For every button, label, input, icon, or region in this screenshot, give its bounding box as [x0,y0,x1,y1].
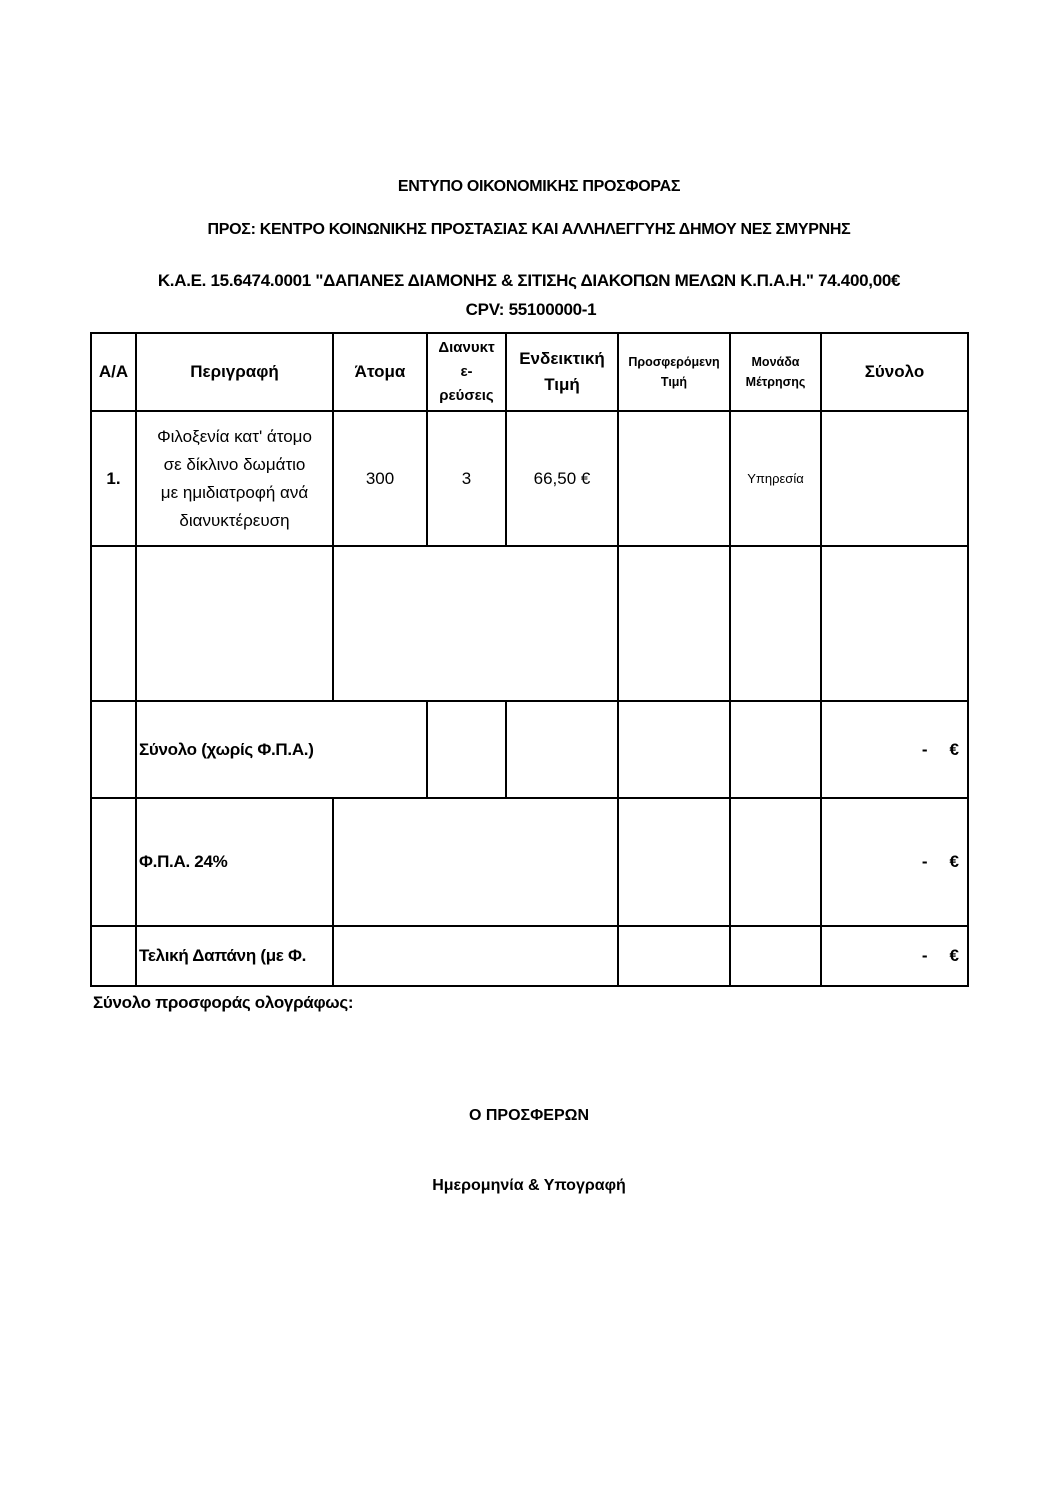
total-in-words-label: Σύνολο προσφοράς ολογράφως: [93,993,353,1013]
blank-cell [91,546,136,701]
row-total [821,411,968,546]
final-amount: - [922,946,928,965]
row-indicative-price: 66,50 € [506,411,618,546]
blank-cell [136,546,333,701]
subtotal-value: -€ [821,701,968,798]
col-indicative-l1: Ενδεικτική [507,346,617,372]
col-total: Σύνολο [821,333,968,411]
blank-cell [730,798,821,926]
col-unit-l1: Μονάδα [731,352,820,372]
col-offered-l2: Τιμή [619,372,729,392]
row-offered-price-field[interactable] [618,411,730,546]
table-header-row: Α/Α Περιγραφή Άτομα Διανυκτ ε- ρεύσεις Ε… [91,333,968,411]
row-persons: 300 [333,411,427,546]
cpv-code: CPV: 55100000-1 [2,300,1058,320]
blank-cell [506,701,618,798]
row-unit: Υπηρεσία [730,411,821,546]
recipient-line: ΠΡΟΣ: ΚΕΝΤΡΟ ΚΟΙΝΩΝΙΚΗΣ ΠΡΟΣΤΑΣΙΑΣ ΚΑΙ Α… [0,221,1058,239]
blank-cell [333,798,618,926]
col-offered-l1: Προσφερόμενη [619,352,729,372]
desc-line: σε δίκλινο δωμάτιο [137,451,332,479]
row-nights: 3 [427,411,506,546]
offer-table: Α/Α Περιγραφή Άτομα Διανυκτ ε- ρεύσεις Ε… [90,332,969,987]
blank-cell [618,926,730,986]
blank-cell [821,546,968,701]
row-description: Φιλοξενία κατ' άτομο σε δίκλινο δωμάτιο … [136,411,333,546]
subtotal-row: Σύνολο (χωρίς Φ.Π.Α.) -€ [91,701,968,798]
blank-cell [91,798,136,926]
col-aa: Α/Α [91,333,136,411]
vat-label: Φ.Π.Α. 24% [136,798,333,926]
col-offered-price: Προσφερόμενη Τιμή [618,333,730,411]
currency-symbol: € [950,740,959,759]
col-nights-l3: ρεύσεις [428,384,505,408]
desc-line: διανυκτέρευση [137,507,332,535]
vat-value: -€ [821,798,968,926]
row-aa: 1. [91,411,136,546]
form-title: ΕΝΤΥΠΟ ΟΙΚΟΝΟΜΙΚΗΣ ΠΡΟΣΦΟΡΑΣ [10,178,1058,196]
col-nights-l1: Διανυκτ [428,336,505,360]
currency-symbol: € [950,946,959,965]
col-unit: Μονάδα Μέτρησης [730,333,821,411]
col-nights-l2: ε- [428,360,505,384]
budget-line: Κ.Α.Ε. 15.6474.0001 "ΔΑΠΑΝΕΣ ΔΙΑΜΟΝΗΣ & … [0,271,1058,291]
blank-cell [333,546,618,701]
blank-cell [730,926,821,986]
blank-cell [730,701,821,798]
desc-line: με ημιδιατροφή ανά [137,479,332,507]
final-row: Τελική Δαπάνη (με Φ. -€ [91,926,968,986]
blank-cell [730,546,821,701]
desc-line: Φιλοξενία κατ' άτομο [137,423,332,451]
final-label: Τελική Δαπάνη (με Φ. [136,926,333,986]
vat-amount: - [922,852,928,871]
blank-row [91,546,968,701]
date-signature-label: Ημερομηνία & Υπογραφή [0,1177,1058,1195]
final-value: -€ [821,926,968,986]
col-indicative-l2: Τιμή [507,372,617,398]
subtotal-amount: - [922,740,928,759]
blank-cell [91,701,136,798]
currency-symbol: € [950,852,959,871]
blank-cell [91,926,136,986]
blank-cell [333,926,618,986]
blank-cell [427,701,506,798]
col-unit-l2: Μέτρησης [731,372,820,392]
table-row: 1. Φιλοξενία κατ' άτομο σε δίκλινο δωμάτ… [91,411,968,546]
subtotal-label: Σύνολο (χωρίς Φ.Π.Α.) [136,701,427,798]
col-description: Περιγραφή [136,333,333,411]
col-persons: Άτομα [333,333,427,411]
blank-cell [618,701,730,798]
blank-cell [618,546,730,701]
blank-cell [618,798,730,926]
vat-row: Φ.Π.Α. 24% -€ [91,798,968,926]
bidder-label: Ο ΠΡΟΣΦΕΡΩΝ [0,1107,1058,1125]
col-nights: Διανυκτ ε- ρεύσεις [427,333,506,411]
col-indicative-price: Ενδεικτική Τιμή [506,333,618,411]
